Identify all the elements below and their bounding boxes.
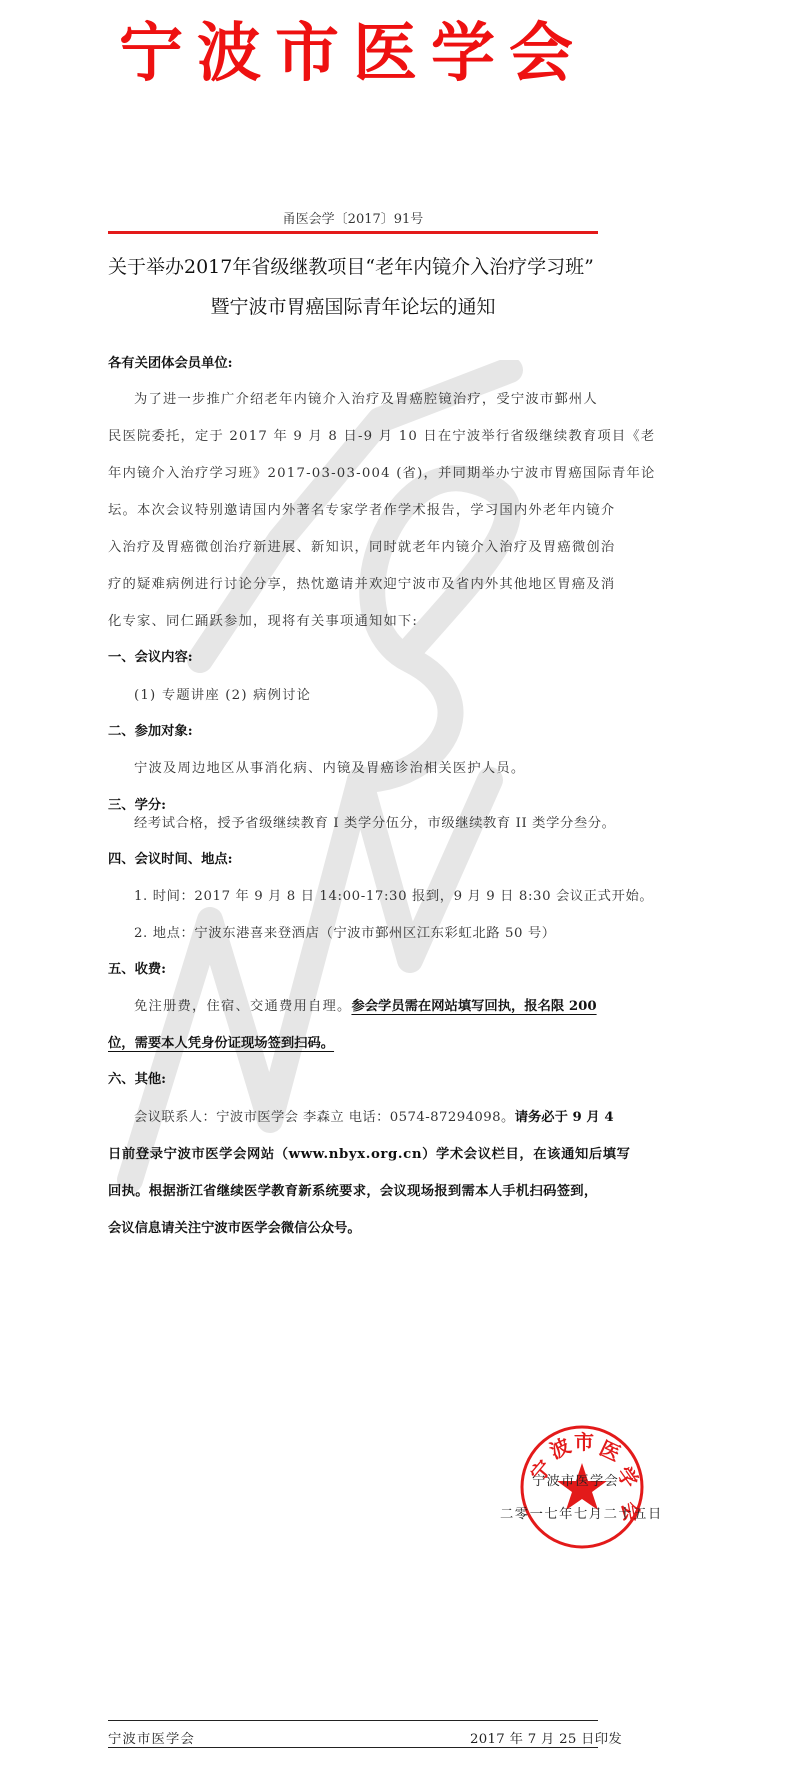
section-heading: 四、会议时间、地点: bbox=[108, 848, 233, 867]
fee-line: 免注册费，住宿、交通费用自理。参会学员需在网站填写回执，报名限 200 bbox=[134, 995, 597, 1014]
footer-bottom-rule bbox=[108, 1747, 598, 1748]
contact-plain: 会议联系人：宁波市医学会 李森立 电话：0574-87294098。 bbox=[134, 1110, 515, 1125]
fee-emphasis: 参会学员需在网站填写回执，报名限 200 bbox=[351, 999, 596, 1014]
footer-top-rule bbox=[108, 1720, 598, 1721]
schedule-time: 1. 时间：2017 年 9 月 8 日 14:00-17:30 报到，9 月 … bbox=[134, 885, 653, 904]
registration-note: 回执。根据浙江省继续医学教育新系统要求，会议现场报到需本人手机扫码签到， bbox=[108, 1180, 598, 1199]
intro-line: 化专家、同仁踊跃参加，现将有关事项通知如下: bbox=[108, 610, 418, 629]
intro-line: 坛。本次会议特别邀请国内外著名专家学者作学术报告，学习国内外老年内镜介 bbox=[108, 499, 615, 518]
fee-plain: 免注册费，住宿、交通费用自理。 bbox=[134, 999, 351, 1014]
intro-line: 为了进一步推广介绍老年内镜介入治疗及胃癌腔镜治疗，受宁波市鄞州人 bbox=[134, 388, 598, 407]
section-heading: 三、学分: bbox=[108, 794, 166, 813]
wps-watermark bbox=[110, 360, 550, 1260]
salutation: 各有关团体会员单位: bbox=[108, 352, 233, 371]
section-heading: 一、会议内容: bbox=[108, 646, 193, 665]
footer-print-date: 2017 年 7 月 25 日印发 bbox=[470, 1728, 598, 1747]
signature-date: 二零一七年七月二十五日 bbox=[500, 1503, 663, 1522]
fee-emphasis-cont: 位，需要本人凭身份证现场签到扫码。 bbox=[108, 1032, 334, 1051]
section-heading: 五、收费: bbox=[108, 958, 166, 977]
intro-line: 民医院委托，定于 2017 年 9 月 8 日-9 月 10 日在宁波举行省级继… bbox=[108, 425, 655, 444]
intro-line: 年内镜介入治疗学习班》2017-03-03-004 (省)，并同期举办宁波市胃癌… bbox=[108, 462, 655, 481]
signature-org: 宁波市医学会 bbox=[532, 1470, 619, 1489]
registration-note: 日前登录宁波市医学会网站（www.nbyx.org.cn）学术会议栏目，在该通知… bbox=[108, 1143, 631, 1162]
intro-line: 入治疗及胃癌微创治疗新进展、新知识，同时就老年内镜介入治疗及胃癌微创治 bbox=[108, 536, 615, 555]
title-line-1: 关于举办2017年省级继教项目“老年内镜介入治疗学习班” bbox=[108, 252, 608, 279]
title-line-2: 暨宁波市胃癌国际青年论坛的通知 bbox=[108, 292, 598, 319]
svg-text:市: 市 bbox=[574, 1430, 594, 1454]
section-body: 经考试合格，授予省级继续教育 I 类学分伍分，市级继续教育 II 类学分叁分。 bbox=[134, 812, 616, 831]
section-heading: 六、其他: bbox=[108, 1068, 166, 1087]
masthead: 宁波市医学会 bbox=[108, 14, 598, 94]
document-number: 甬医会学〔2017〕91号 bbox=[108, 208, 598, 227]
section-body: 宁波及周边地区从事消化病、内镜及胃癌诊治相关医护人员。 bbox=[134, 757, 525, 776]
contact-bold: 请务必于 9 月 4 bbox=[515, 1110, 614, 1125]
section-heading: 二、参加对象: bbox=[108, 720, 193, 739]
registration-note: 会议信息请关注宁波市医学会微信公众号。 bbox=[108, 1217, 361, 1236]
schedule-location: 2. 地点：宁波东港喜来登酒店（宁波市鄞州区江东彩虹北路 50 号） bbox=[134, 922, 556, 941]
section-body: (1) 专题讲座 (2) 病例讨论 bbox=[134, 684, 311, 703]
contact-line: 会议联系人：宁波市医学会 李森立 电话：0574-87294098。请务必于 9… bbox=[134, 1106, 614, 1125]
footer-org: 宁波市医学会 bbox=[108, 1728, 195, 1747]
intro-line: 疗的疑难病例进行讨论分享，热忱邀请并欢迎宁波市及省内外其他地区胃癌及消 bbox=[108, 573, 615, 592]
red-divider bbox=[108, 231, 598, 234]
